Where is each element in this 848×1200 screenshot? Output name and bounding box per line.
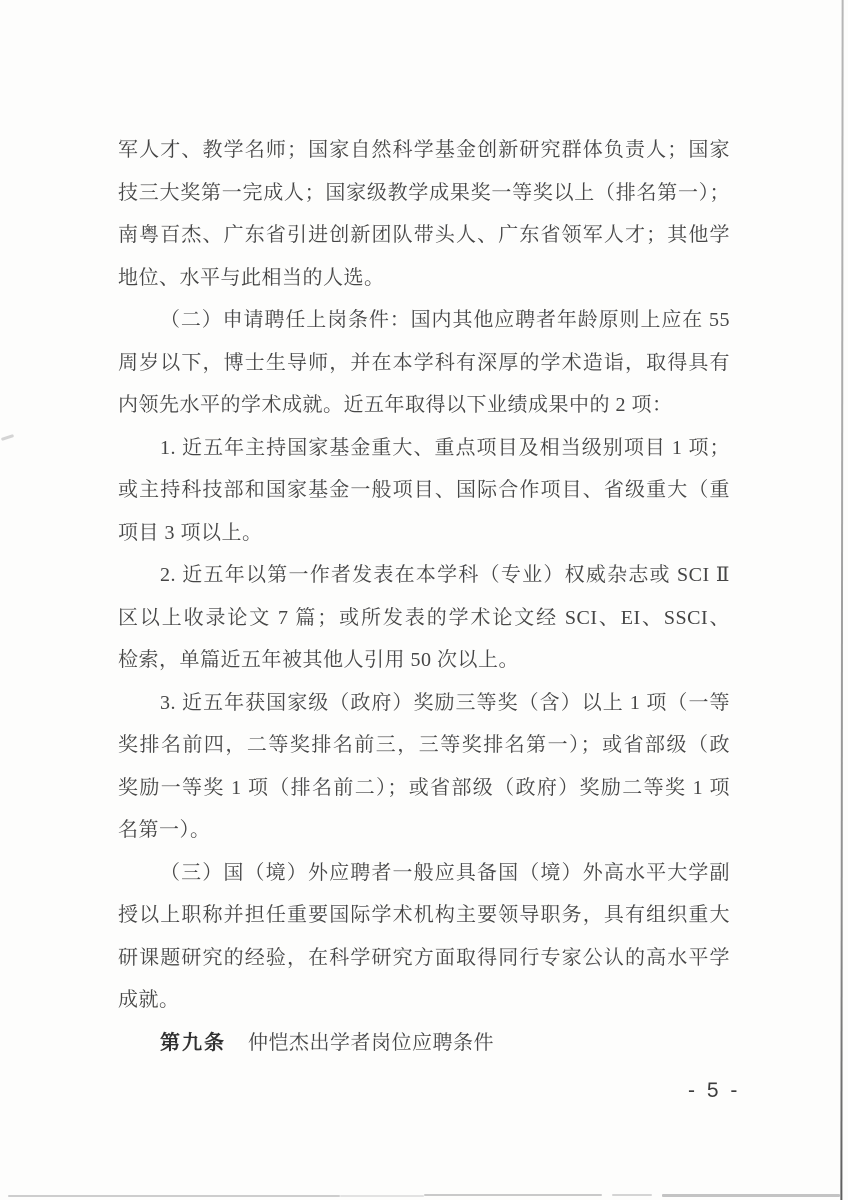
scanned-page: 军人才、教学名师；国家自然科学基金创新研究群体负责人；国家科 技三大奖第一完成人… [0,0,848,1200]
article-heading-line: 第九条仲恺杰出学者岗位应聘条件 [118,1022,730,1065]
text-line: 内领先水平的学术成就。近五年取得以下业绩成果中的 2 项： [118,384,730,427]
page-number: - 5 - [688,1079,740,1103]
scan-edge-right-line [840,0,843,1200]
text-line: 成就。 [118,979,730,1022]
scan-edge-bottom-segment [662,1194,840,1197]
text-line: 项目 3 项以上。 [118,512,730,555]
scan-edge-bottom-segment [424,1194,602,1196]
text-line: 3. 近五年获国家级（政府）奖励三等奖（含）以上 1 项（一等 [118,682,730,725]
article-title: 仲恺杰出学者岗位应聘条件 [248,1032,494,1054]
text-line: 军人才、教学名师；国家自然科学基金创新研究群体负责人；国家科 [118,129,730,172]
text-line: 区以上收录论文 7 篇；或所发表的学术论文经 SCI、EI、SSCI、A&HCI [118,597,730,640]
text-line: 奖排名前四，二等奖排名前三，三等奖排名第一）；或省部级（政府） [118,724,730,767]
scan-edge-bottom-segment [8,1195,340,1197]
text-line: 2. 近五年以第一作者发表在本学科（专业）权威杂志或 SCI Ⅱ [118,554,730,597]
scan-edge-bottom-segment [612,1194,652,1196]
text-line: 名第一）。 [118,809,730,852]
scan-edge-bottom-segment [340,1195,424,1197]
text-line: 南粤百杰、广东省引进创新团队带头人、广东省领军人才；其他学术 [118,214,730,257]
text-line: 授以上职称并担任重要国际学术机构主要领导职务，具有组织重大科 [118,894,730,937]
text-line: 地位、水平与此相当的人选。 [118,257,730,300]
text-line: （二）申请聘任上岗条件：国内其他应聘者年龄原则上应在 55 [118,299,730,342]
text-line: （三）国（境）外应聘者一般应具备国（境）外高水平大学副教 [118,852,730,895]
document-body: 军人才、教学名师；国家自然科学基金创新研究群体负责人；国家科 技三大奖第一完成人… [118,129,730,1064]
text-line: 技三大奖第一完成人；国家级教学成果奖一等奖以上（排名第一）； [118,172,730,215]
text-line: 1. 近五年主持国家基金重大、重点项目及相当级别项目 1 项； [118,427,730,470]
text-line: 周岁以下，博士生导师，并在本学科有深厚的学术造诣，取得具有国 [118,342,730,385]
text-line: 奖励一等奖 1 项（排名前二）；或省部级（政府）奖励二等奖 1 项（排 [118,767,730,810]
scan-smudge [1,434,14,441]
text-line: 或主持科技部和国家基金一般项目、国际合作项目、省级重大（重点） [118,469,730,512]
text-line: 检索，单篇近五年被其他人引用 50 次以上。 [118,639,730,682]
text-line: 研课题研究的经验，在科学研究方面取得同行专家公认的高水平学术 [118,937,730,980]
article-number: 第九条 [160,1032,226,1054]
